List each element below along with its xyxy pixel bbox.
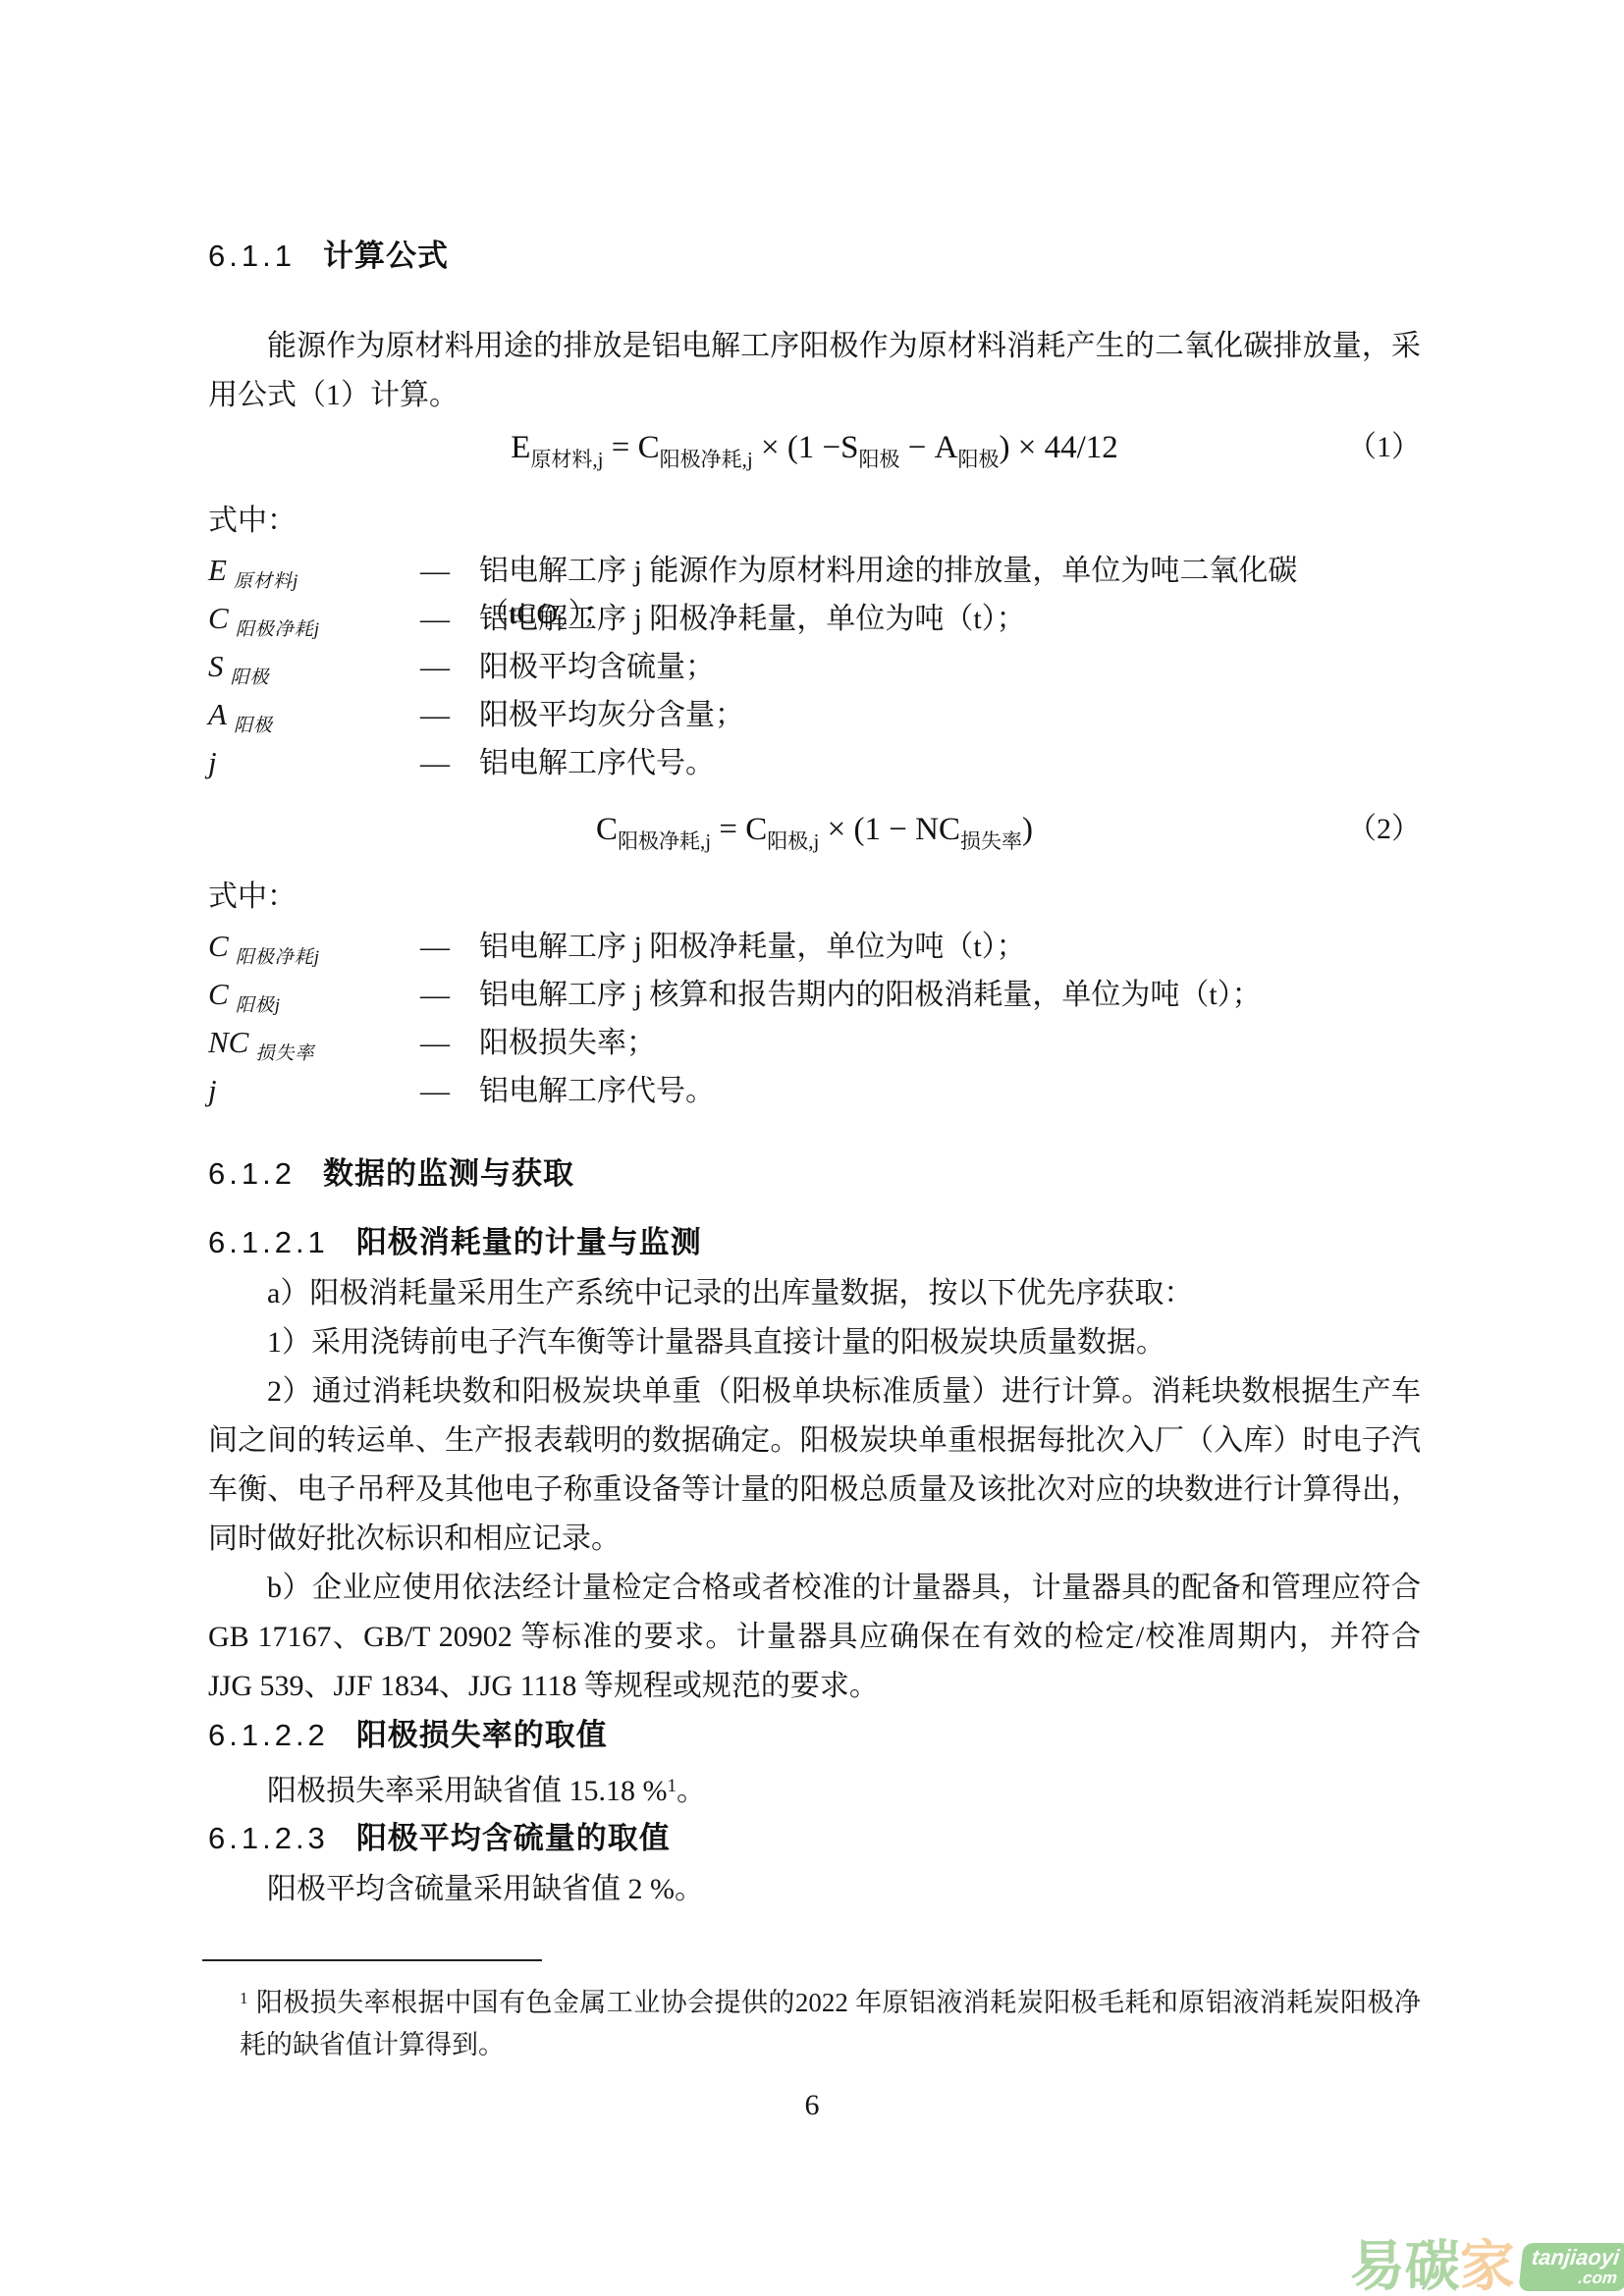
list-item-1: 1）采用浇铸前电子汽车衡等计量器具直接计量的阳极炭块质量数据。 xyxy=(208,1318,1421,1367)
definition-text: 阳极损失率； xyxy=(479,1018,1421,1061)
symbol-subscript: 阳极净耗j xyxy=(236,619,320,640)
heading-6-1-2-2-title: 阳极损失率的取值 xyxy=(356,1715,608,1756)
definition-dash: — xyxy=(420,747,479,780)
document-page: 6.1.1 计算公式 能源作为原材料用途的排放是铝电解工序阳极作为原材料消耗产生… xyxy=(0,0,1624,2296)
symbol-base: j xyxy=(208,745,217,779)
symbol-S: S阳极 xyxy=(208,649,420,689)
symbol-subscript: 损失率 xyxy=(255,1043,314,1064)
heading-6-1-1-number: 6.1.1 xyxy=(208,236,296,277)
formula2-C-net: C xyxy=(596,812,618,847)
definition-dash: — xyxy=(420,555,479,588)
heading-6-1-2-title: 数据的监测与获取 xyxy=(323,1153,574,1195)
symbol-j: j xyxy=(208,745,420,785)
formula1-equals: = xyxy=(603,430,637,465)
symbol-base: C xyxy=(208,601,229,635)
definition-row: A阳极 — 阳极平均灰分含量； xyxy=(208,690,1421,738)
definition-dash: — xyxy=(420,931,479,964)
heading-6-1-2-1-number: 6.1.2.1 xyxy=(208,1222,329,1263)
symbol-base: A xyxy=(208,697,227,731)
formula1-tail: ) × 44/12 xyxy=(1000,430,1118,465)
formula2-times-open: × (1 − xyxy=(819,812,915,847)
page-number: 6 xyxy=(0,2089,1624,2122)
footnote: 1阳极损失率根据中国有色金属工业协会提供的2022 年原铝液消耗炭阳极毛耗和原铝… xyxy=(208,1977,1421,2066)
formula2-equals: = xyxy=(711,812,745,847)
symbol-subscript: 原材料j xyxy=(234,571,298,592)
symbol-C: C阳极j xyxy=(208,977,420,1017)
footnote-separator xyxy=(202,1959,542,1961)
definition-text: 铝电解工序 j 阳极净耗量，单位为吨（t）； xyxy=(479,922,1421,965)
watermark-badge-tld: .com xyxy=(1529,2269,1618,2287)
page-content: 6.1.1 计算公式 能源作为原材料用途的排放是铝电解工序阳极作为原材料消耗产生… xyxy=(208,236,1421,2066)
where-label-2: 式中： xyxy=(208,873,1421,922)
definition-text: 阳极平均灰分含量； xyxy=(479,690,1421,733)
symbol-base: E xyxy=(208,553,227,587)
symbol-E: E原材料j xyxy=(208,553,420,593)
formula-2-number: （2） xyxy=(1347,802,1421,857)
formula-1: E原材料,j = C阳极净耗,j × (1 −S阳极 − A阳极) × 44/1… xyxy=(511,430,1118,465)
definition-row: C阳极净耗j — 铝电解工序 j 阳极净耗量，单位为吨（t）； xyxy=(208,922,1421,970)
symbol-j: j xyxy=(208,1073,420,1113)
footnote-number: 1 xyxy=(240,1989,248,2007)
definition-dash: — xyxy=(420,1027,479,1060)
heading-6-1-1-title: 计算公式 xyxy=(323,236,449,277)
formula1-A-subscript: 阳极 xyxy=(958,448,1000,471)
watermark-char-jia: 家 xyxy=(1460,2239,1515,2294)
sulfur-paragraph: 阳极平均含硫量采用缺省值 2 %。 xyxy=(208,1865,1421,1914)
heading-6-1-2-1-title: 阳极消耗量的计量与监测 xyxy=(356,1222,702,1263)
formula2-tail: ) xyxy=(1022,812,1033,847)
formula1-S: S xyxy=(840,430,858,465)
formula1-C: C xyxy=(638,430,660,465)
formula1-times-open: × (1 − xyxy=(753,430,840,465)
definition-row: E原材料j — 铝电解工序 j 能源作为原材料用途的排放量，单位为吨二氧化碳（t… xyxy=(208,546,1421,594)
watermark-badge: tanjiaoyi .com xyxy=(1518,2243,1624,2291)
definition-row: NC损失率 — 阳极损失率； xyxy=(208,1018,1421,1066)
heading-6-1-2-2: 6.1.2.2 阳极损失率的取值 xyxy=(208,1715,1421,1756)
formula2-C: C xyxy=(745,812,767,847)
definition-dash: — xyxy=(420,651,479,684)
footnote-reference: 1 xyxy=(668,1776,677,1796)
heading-6-1-2-2-number: 6.1.2.2 xyxy=(208,1715,329,1756)
loss-rate-paragraph: 阳极损失率采用缺省值 15.18 %1。 xyxy=(208,1762,1421,1816)
definition-text: 铝电解工序代号。 xyxy=(479,1066,1421,1109)
symbol-base: j xyxy=(208,1073,217,1107)
definition-row: S阳极 — 阳极平均含硫量； xyxy=(208,642,1421,690)
loss-rate-text: 阳极损失率采用缺省值 15.18 % xyxy=(267,1775,668,1807)
list-item-b: b）企业应使用依法经计量检定合格或者校准的计量器具，计量器具的配备和管理应符合 … xyxy=(208,1564,1421,1711)
definition-text: 铝电解工序 j 阳极净耗量，单位为吨（t）； xyxy=(479,594,1421,637)
symbol-base: S xyxy=(208,649,224,683)
definition-row: C阳极净耗j — 铝电解工序 j 阳极净耗量，单位为吨（t）； xyxy=(208,594,1421,642)
list-item-a: a）阳极消耗量采用生产系统中记录的出库量数据，按以下优先序获取： xyxy=(208,1269,1421,1318)
definition-dash: — xyxy=(420,979,479,1012)
list-item-2: 2）通过消耗块数和阳极炭块单重（阳极单块标准质量）进行计算。消耗块数根据生产车间… xyxy=(208,1367,1421,1564)
formula-1-number: （1） xyxy=(1347,420,1421,475)
definition-row: j — 铝电解工序代号。 xyxy=(208,738,1421,786)
definition-text: 铝电解工序 j 核算和报告期内的阳极消耗量，单位为吨（t）； xyxy=(479,970,1421,1013)
intro-paragraph: 能源作为原材料用途的排放是铝电解工序阳极作为原材料消耗产生的二氧化碳排放量，采用… xyxy=(208,322,1421,420)
formula-1-row: E原材料,j = C阳极净耗,j × (1 −S阳极 − A阳极) × 44/1… xyxy=(208,420,1421,475)
definition-dash: — xyxy=(420,1075,479,1108)
formula2-C-net-subscript: 阳极净耗,j xyxy=(618,829,711,853)
symbol-A: A阳极 xyxy=(208,697,420,737)
watermark-badge-domain: tanjiaoyi xyxy=(1530,2246,1620,2269)
where-label-1: 式中： xyxy=(208,497,1421,546)
symbol-subscript: 阳极 xyxy=(234,716,273,736)
heading-6-1-2-3: 6.1.2.3 阳极平均含硫量的取值 xyxy=(208,1818,1421,1859)
definition-row: C阳极j — 铝电解工序 j 核算和报告期内的阳极消耗量，单位为吨（t）； xyxy=(208,970,1421,1018)
formula1-A: A xyxy=(935,430,958,465)
heading-6-1-2-1: 6.1.2.1 阳极消耗量的计量与监测 xyxy=(208,1222,1421,1263)
symbol-subscript: 阳极净耗j xyxy=(236,947,320,968)
formula1-minus: − xyxy=(900,430,935,465)
formula2-C-subscript: 阳极,j xyxy=(767,829,819,853)
formula-2: C阳极净耗,j = C阳极,j × (1 − NC损失率) xyxy=(596,812,1033,847)
symbol-base: NC xyxy=(208,1025,248,1059)
definition-dash: — xyxy=(420,603,479,636)
tanjiaoyi-watermark: 易 碳 家 tanjiaoyi .com xyxy=(1350,2239,1624,2294)
symbol-C-net: C阳极净耗j xyxy=(208,929,420,969)
symbol-base: C xyxy=(208,977,229,1011)
heading-6-1-1: 6.1.1 计算公式 xyxy=(208,236,1421,277)
definition-text: 阳极平均含硫量； xyxy=(479,642,1421,685)
watermark-char-yi: 易 xyxy=(1350,2239,1405,2294)
symbol-base: C xyxy=(208,929,229,963)
formula-2-row: C阳极净耗,j = C阳极,j × (1 − NC损失率) （2） xyxy=(208,802,1421,857)
symbol-C-net: C阳极净耗j xyxy=(208,601,420,641)
heading-6-1-2-3-title: 阳极平均含硫量的取值 xyxy=(356,1818,671,1859)
footnote-text: 阳极损失率根据中国有色金属工业协会提供的2022 年原铝液消耗炭阳极毛耗和原铝液… xyxy=(240,1988,1421,2059)
formula2-NC-subscript: 损失率 xyxy=(960,829,1022,853)
symbol-subscript: 阳极j xyxy=(236,995,281,1016)
definition-text: 铝电解工序代号。 xyxy=(479,738,1421,781)
symbol-NC: NC损失率 xyxy=(208,1025,420,1065)
watermark-char-tan: 碳 xyxy=(1405,2239,1460,2294)
heading-6-1-2-3-number: 6.1.2.3 xyxy=(208,1818,329,1859)
heading-6-1-2: 6.1.2 数据的监测与获取 xyxy=(208,1153,1421,1195)
formula2-NC: NC xyxy=(915,812,960,847)
formula1-C-subscript: 阳极净耗,j xyxy=(660,448,753,471)
definition-row: j — 铝电解工序代号。 xyxy=(208,1066,1421,1114)
heading-6-1-2-number: 6.1.2 xyxy=(208,1153,296,1195)
loss-rate-period: 。 xyxy=(677,1775,706,1807)
symbol-subscript: 阳极 xyxy=(231,667,270,688)
formula1-E: E xyxy=(511,430,530,465)
formula1-S-subscript: 阳极 xyxy=(859,448,900,471)
formula1-E-subscript: 原材料,j xyxy=(530,448,603,471)
definition-dash: — xyxy=(420,699,479,732)
